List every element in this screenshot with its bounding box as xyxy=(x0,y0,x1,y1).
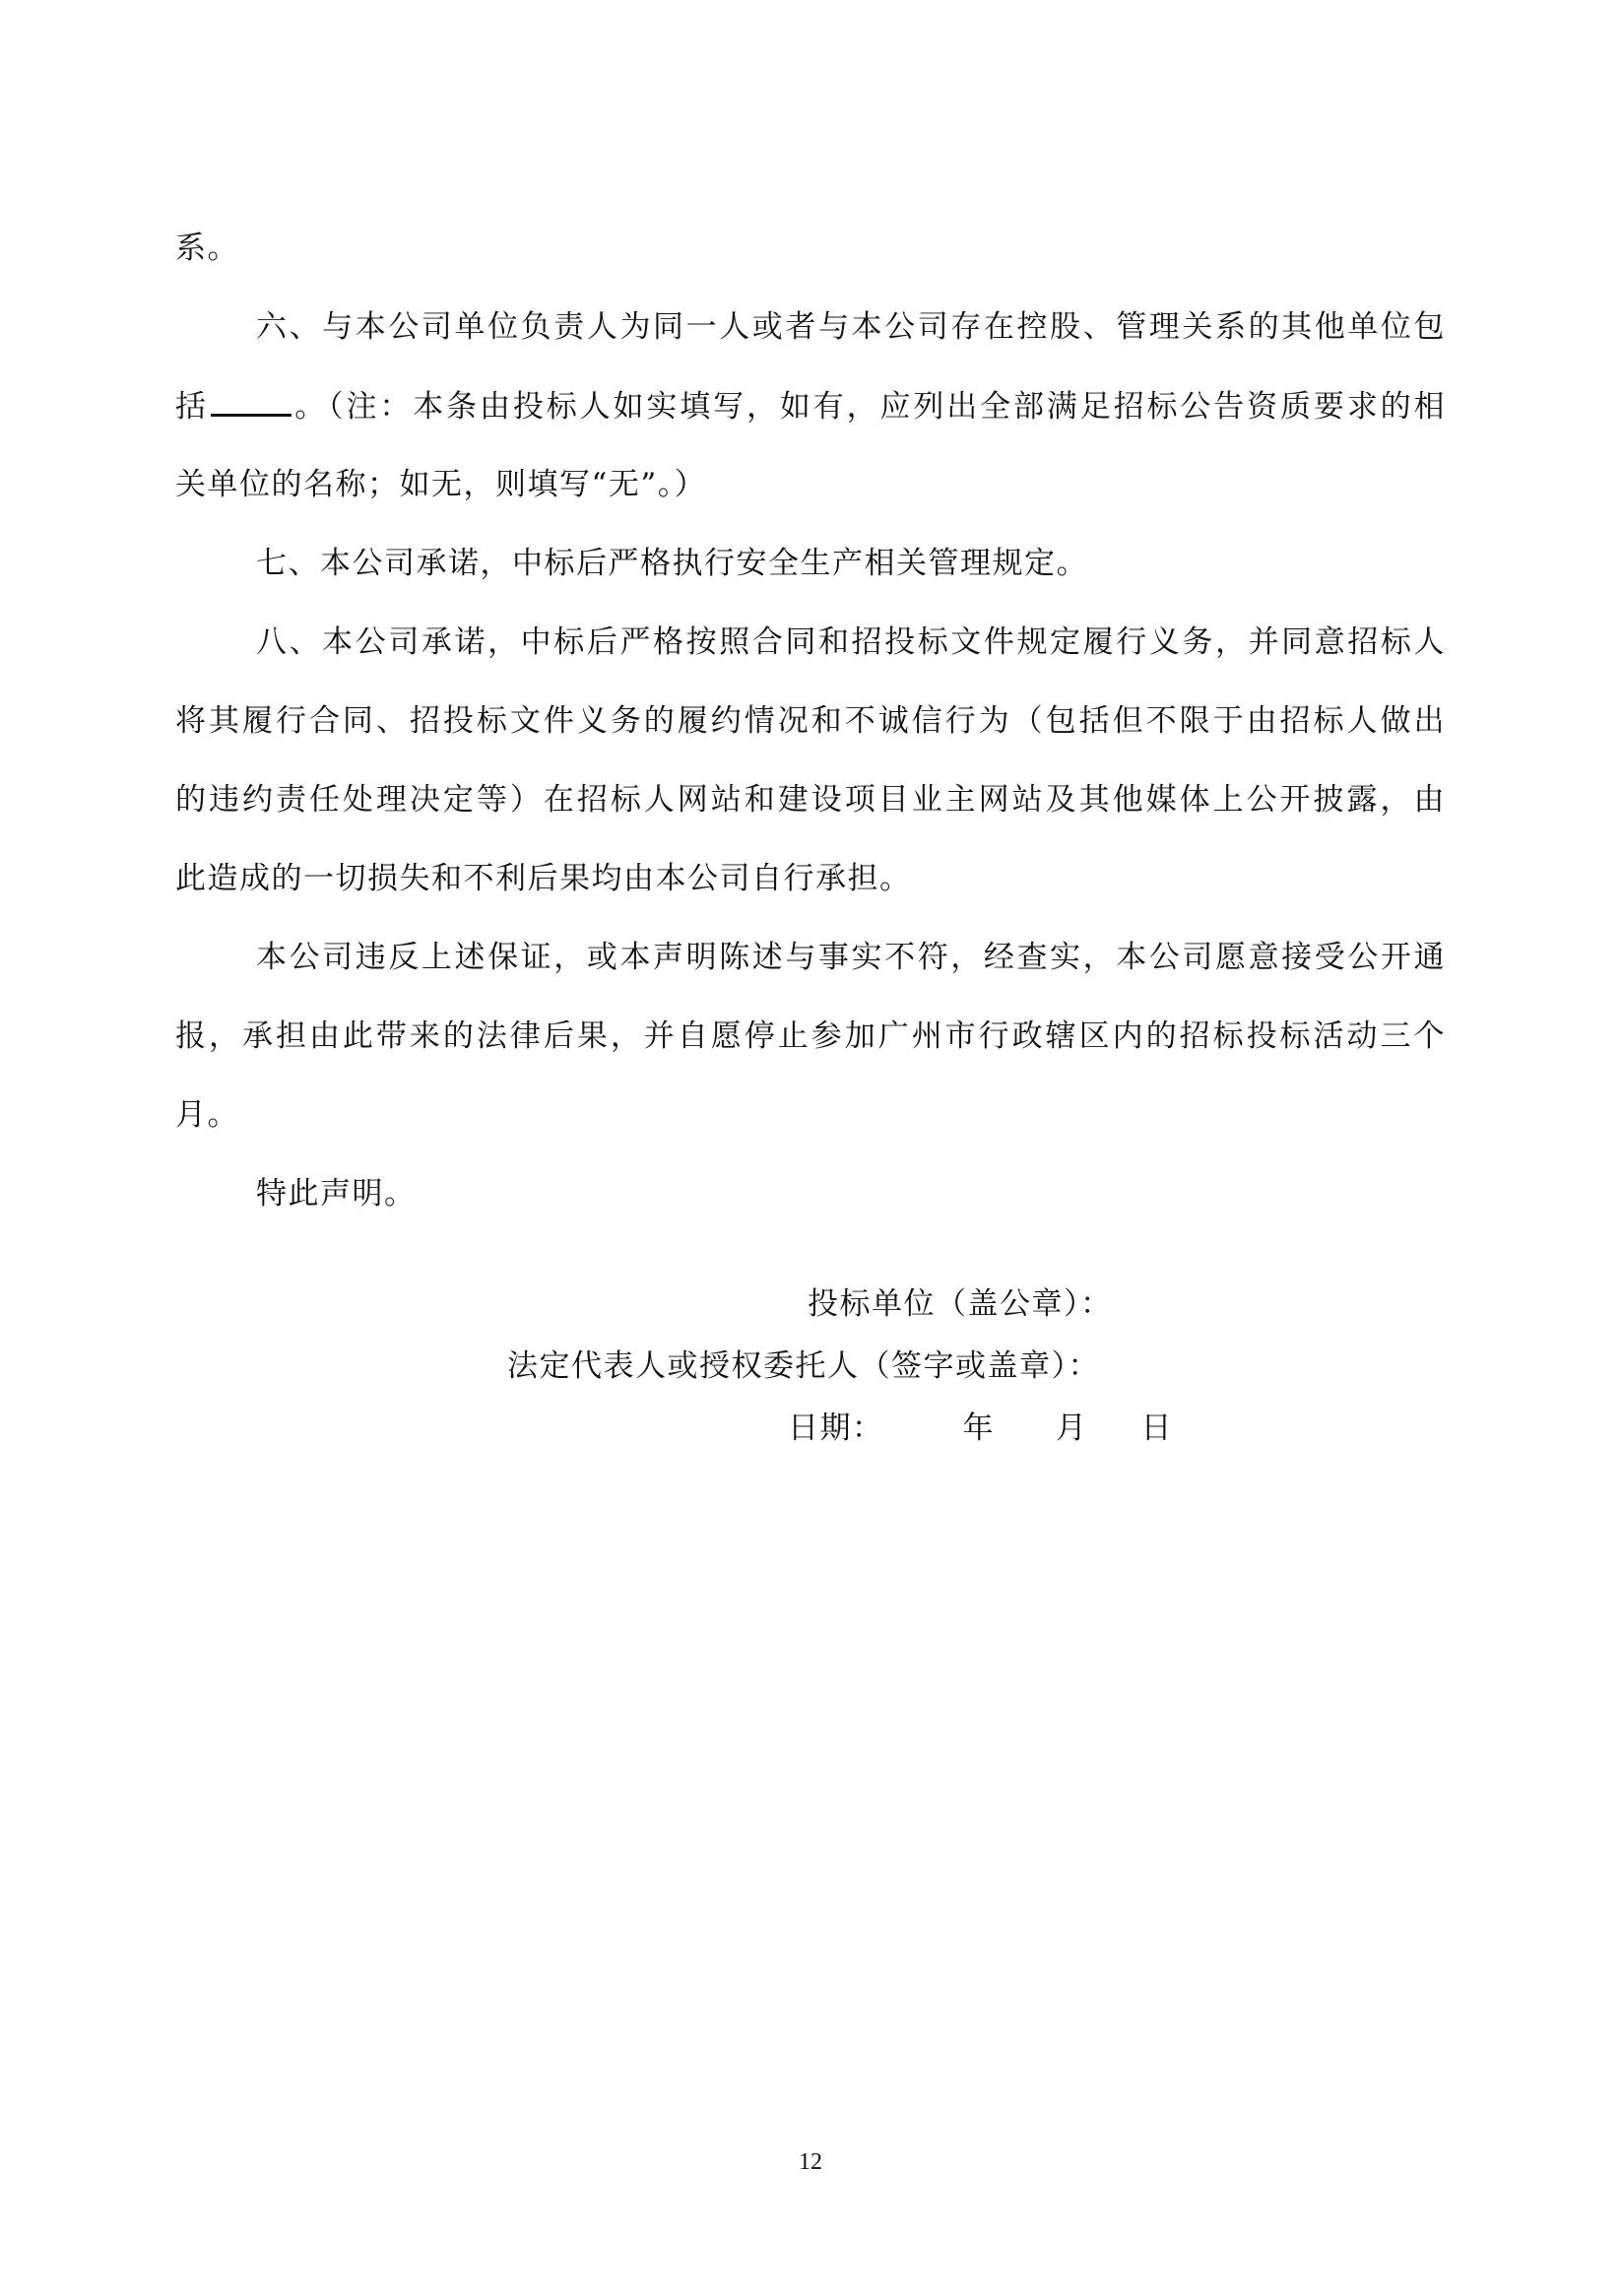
clause-8-line-2: 将其履行合同、招投标文件义务的履约情况和不诚信行为（包括但不限于由招标人做出 xyxy=(175,701,1446,741)
month-label: 月 xyxy=(1056,1409,1088,1448)
fill-in-blank[interactable] xyxy=(211,386,292,417)
year-label: 年 xyxy=(963,1409,996,1448)
clause-8-line-1: 八、本公司承诺，中标后严格按照合同和招投标文件规定履行义务，并同意招标人 xyxy=(175,623,1446,662)
clause-6-line-3: 关单位的名称；如无，则填写“无”。） xyxy=(175,465,1446,504)
day-label: 日 xyxy=(1141,1409,1174,1448)
clause-8-line-3: 的违约责任处理决定等）在招标人网站和建设项目业主网站及其他媒体上公开披露，由 xyxy=(175,780,1446,820)
representative-signature-label: 法定代表人或授权委托人（签字或盖章）： xyxy=(507,1346,1100,1386)
clause-7-line-1: 七、本公司承诺，中标后严格执行安全生产相关管理规定。 xyxy=(175,544,1446,583)
clause-6-line-1: 六、与本公司单位负责人为同一人或者与本公司存在控股、管理关系的其他单位包 xyxy=(175,307,1446,347)
declaration: 特此声明。 xyxy=(175,1174,1446,1214)
clause-6-prefix: 括 xyxy=(175,389,209,425)
date-line: 日期：年月日 xyxy=(788,1409,1173,1448)
clause-6-suffix: 。（注：本条由投标人如实填写，如有，应列出全部满足招标公告资质要求的相 xyxy=(293,389,1446,425)
continuation-line: 系。 xyxy=(175,229,1446,268)
violation-line-1: 本公司违反上述保证，或本声明陈述与事实不符，经查实，本公司愿意接受公开通 xyxy=(175,938,1446,977)
bidder-seal-label: 投标单位（盖公章）： xyxy=(808,1284,1113,1324)
page-number: 12 xyxy=(0,2149,1621,2176)
date-label: 日期： xyxy=(788,1409,884,1448)
clause-8-line-4: 此造成的一切损失和不利后果均由本公司自行承担。 xyxy=(175,859,1446,898)
violation-line-3: 月。 xyxy=(175,1095,1446,1135)
document-page: 系。 六、与本公司单位负责人为同一人或者与本公司存在控股、管理关系的其他单位包 … xyxy=(0,0,1621,2296)
violation-line-2: 报，承担由此带来的法律后果，并自愿停止参加广州市行政辖区内的招标投标活动三个 xyxy=(175,1017,1446,1056)
clause-6-line-2: 括。（注：本条由投标人如实填写，如有，应列出全部满足招标公告资质要求的相 xyxy=(175,386,1446,426)
